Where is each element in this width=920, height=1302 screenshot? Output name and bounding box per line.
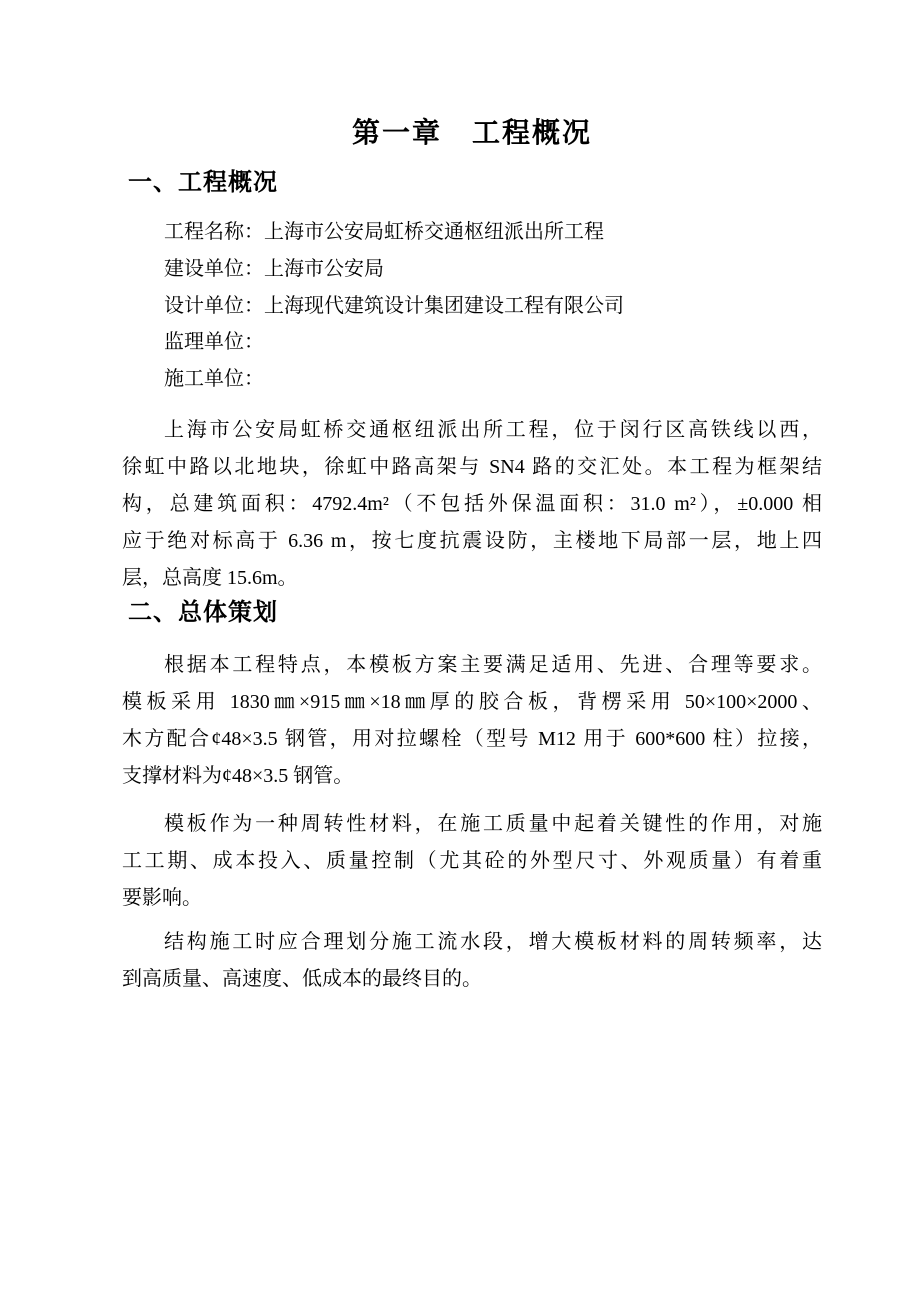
info-line-project-name: 工程名称：上海市公安局虹桥交通枢纽派出所工程 xyxy=(122,214,822,251)
info-line-supervision-unit: 监理单位： xyxy=(122,324,822,361)
paragraph-project-description: 上海市公安局虹桥交通枢纽派出所工程，位于闵行区高铁线以西， 徐虹中路以北地块，徐… xyxy=(122,412,822,597)
text-line: 木方配合¢48×3.5 钢管，用对拉螺栓（型号 M12 用于 600*600 柱… xyxy=(122,721,822,758)
section-heading-project-overview: 一、工程概况 xyxy=(122,167,822,199)
chapter-title: 第一章 工程概况 xyxy=(122,116,822,152)
paragraph-construction-flow: 结构施工时应合理划分施工流水段，增大模板材料的周转频率，达 到高质量、高速度、低… xyxy=(122,924,822,998)
text-line: 模板采用 1830㎜×915㎜×18㎜厚的胶合板，背楞采用 50×100×200… xyxy=(122,684,822,721)
text-line: 要影响。 xyxy=(122,880,822,917)
document-content: 第一章 工程概况 一、工程概况 工程名称：上海市公安局虹桥交通枢纽派出所工程 建… xyxy=(122,116,822,998)
text-line: 到高质量、高速度、低成本的最终目的。 xyxy=(122,961,822,998)
info-line-builder-unit: 施工单位： xyxy=(122,361,822,398)
text-line: 构，总建筑面积：4792.4m²（不包括外保温面积：31.0 m²），±0.00… xyxy=(122,486,822,523)
document-page: 第一章 工程概况 一、工程概况 工程名称：上海市公安局虹桥交通枢纽派出所工程 建… xyxy=(0,0,920,1302)
paragraph-formwork-importance: 模板作为一种周转性材料，在施工质量中起着关键性的作用，对施 工工期、成本投入、质… xyxy=(122,806,822,917)
text-line: 徐虹中路以北地块，徐虹中路高架与 SN4 路的交汇处。本工程为框架结 xyxy=(122,449,822,486)
text-line: 层，总高度 15.6m。 xyxy=(122,560,822,597)
section-heading-overall-planning: 二、总体策划 xyxy=(122,597,822,629)
text-line: 上海市公安局虹桥交通枢纽派出所工程，位于闵行区高铁线以西， xyxy=(122,412,822,449)
text-line: 结构施工时应合理划分施工流水段，增大模板材料的周转频率，达 xyxy=(122,924,822,961)
info-line-construction-unit: 建设单位：上海市公安局 xyxy=(122,251,822,288)
info-line-design-unit: 设计单位：上海现代建筑设计集团建设工程有限公司 xyxy=(122,288,822,325)
text-line: 模板作为一种周转性材料，在施工质量中起着关键性的作用，对施 xyxy=(122,806,822,843)
text-line: 应于绝对标高于 6.36 m，按七度抗震设防，主楼地下局部一层，地上四 xyxy=(122,523,822,560)
paragraph-formwork-scheme: 根据本工程特点，本模板方案主要满足适用、先进、合理等要求。 模板采用 1830㎜… xyxy=(122,647,822,795)
text-line: 支撑材料为¢48×3.5 钢管。 xyxy=(122,758,822,795)
text-line: 工工期、成本投入、质量控制（尤其砼的外型尺寸、外观质量）有着重 xyxy=(122,843,822,880)
project-info-list: 工程名称：上海市公安局虹桥交通枢纽派出所工程 建设单位：上海市公安局 设计单位：… xyxy=(122,214,822,398)
text-line: 根据本工程特点，本模板方案主要满足适用、先进、合理等要求。 xyxy=(122,647,822,684)
